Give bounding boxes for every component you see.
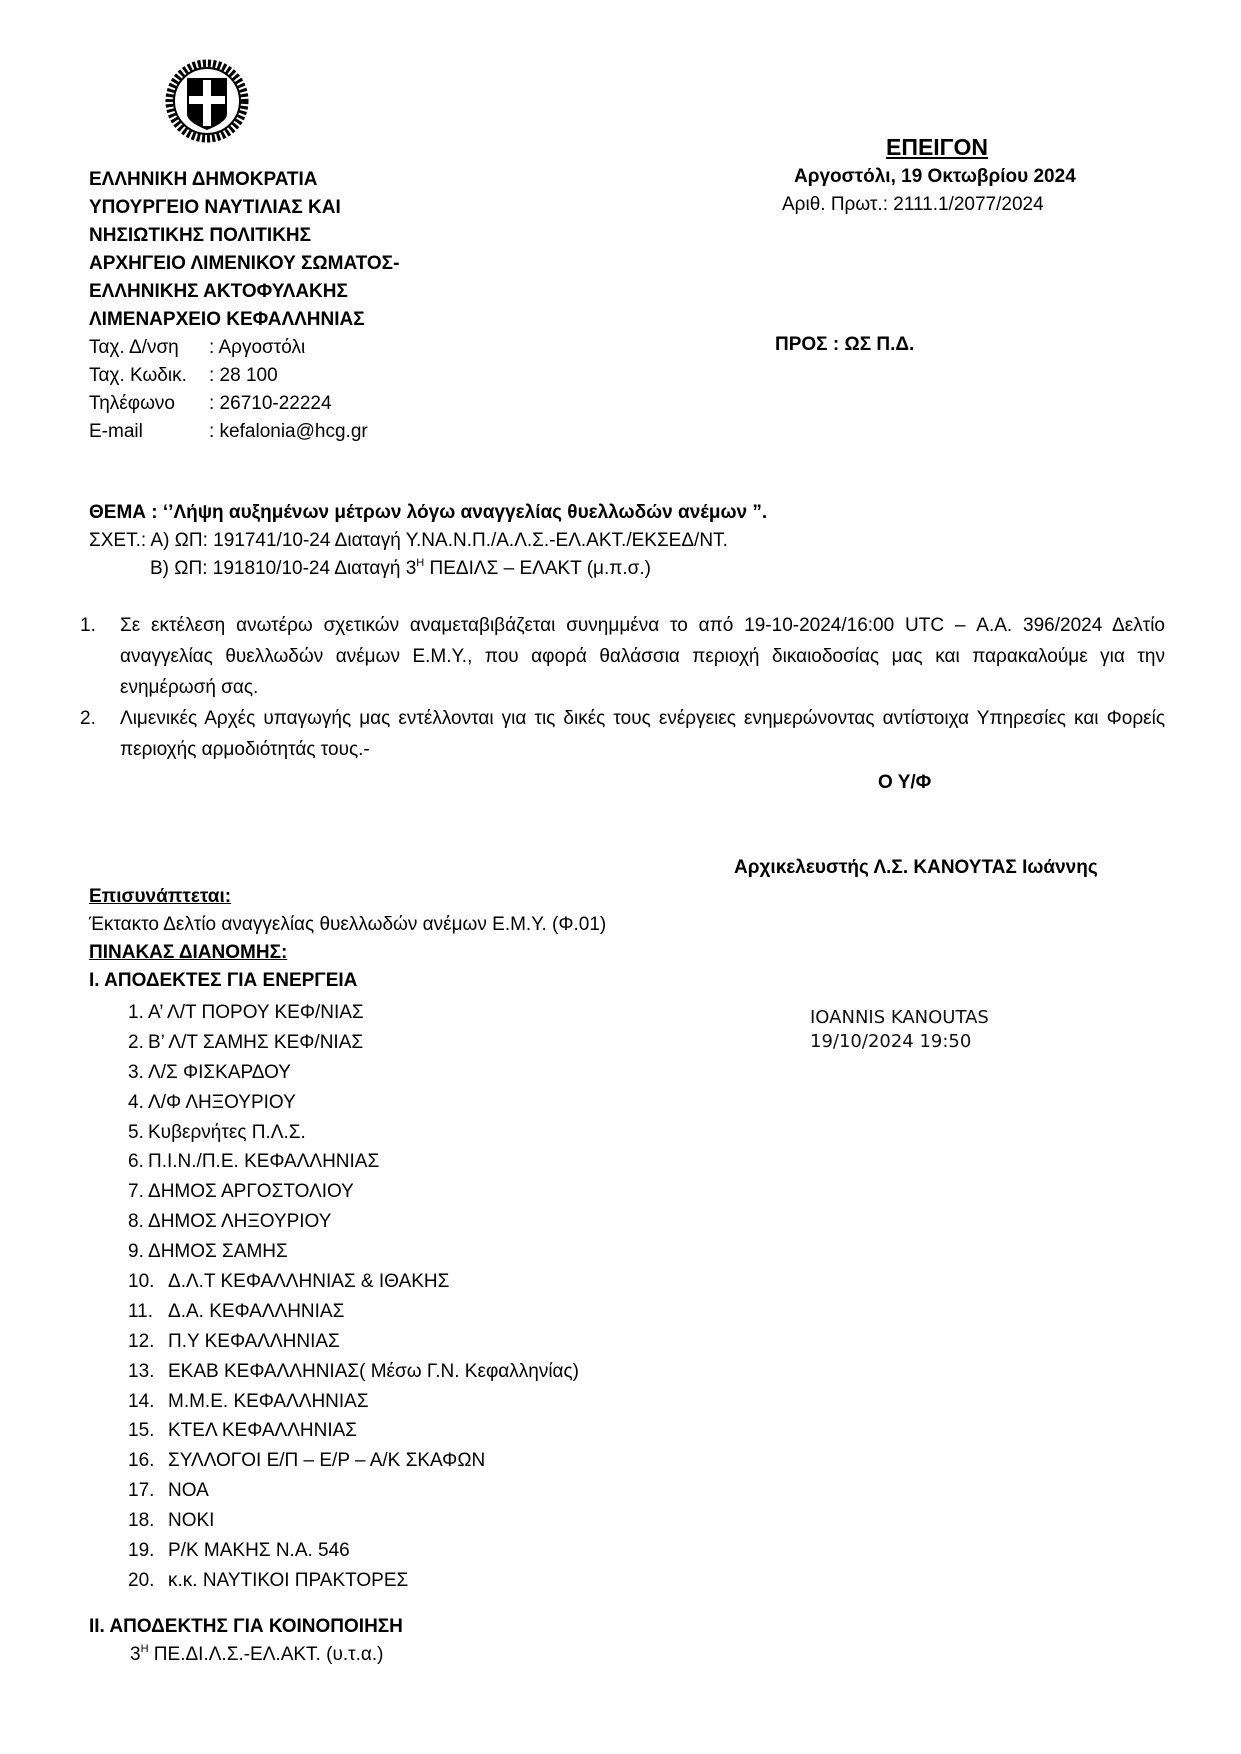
attachments-label: Επισυνάπτεται:: [89, 886, 231, 908]
cc-recipient: 3Η ΠΕ.ΔΙ.Λ.Σ.-ΕΛ.ΑΚΤ. (υ.τ.α.): [130, 1644, 384, 1666]
recipient-number: 5.: [128, 1118, 148, 1148]
recipient-number: 14.: [128, 1387, 168, 1417]
recipient-name: Δ.Λ.Τ ΚΕΦΑΛΛΗΝΙΑΣ & ΙΘΑΚΗΣ: [168, 1267, 449, 1297]
recipient-item: 10.Δ.Λ.Τ ΚΕΦΑΛΛΗΝΙΑΣ & ΙΘΑΚΗΣ: [128, 1267, 579, 1297]
paragraph-number: 1.: [80, 610, 120, 703]
recipient-item: 14.Μ.Μ.Ε. ΚΕΦΑΛΛΗΝΙΑΣ: [128, 1387, 579, 1417]
issuer-line: ΥΠΟΥΡΓΕΙΟ ΝΑΥΤΙΛΙΑΣ ΚΑΙ: [89, 194, 399, 222]
recipient-item: 6.Π.Ι.Ν./Π.Ε. ΚΕΦΑΛΛΗΝΙΑΣ: [128, 1147, 579, 1177]
recipient-name: Λ/Φ ΛΗΞΟΥΡΙΟΥ: [148, 1088, 296, 1118]
protocol-number: Αριθ. Πρωτ.: 2111.1/2077/2024: [782, 194, 1044, 216]
recipient-number: 8.: [128, 1207, 148, 1237]
contact-block: Ταχ. Δ/νση : Αργοστόλι Ταχ. Κωδικ. : 28 …: [89, 334, 368, 446]
issuer-block: ΕΛΛΗΝΙΚΗ ΔΗΜΟΚΡΑΤΙΑ ΥΠΟΥΡΓΕΙΟ ΝΑΥΤΙΛΙΑΣ …: [89, 166, 399, 334]
contact-value: : 26710-22224: [209, 390, 332, 418]
issuer-line: ΕΛΛΗΝΙΚΗ ΔΗΜΟΚΡΑΤΙΑ: [89, 166, 399, 194]
recipient-number: 18.: [128, 1506, 168, 1536]
reference-b: Β) ΩΠ: 191810/10-24 Διαταγή 3Η ΠΕΔΙΛΣ – …: [150, 558, 651, 580]
digital-signature-datetime: 19/10/2024 19:50: [810, 1030, 989, 1054]
reference-b-pre: Β) ΩΠ: 191810/10-24 Διαταγή 3: [150, 558, 416, 579]
recipient-item: 4.Λ/Φ ΛΗΞΟΥΡΙΟΥ: [128, 1088, 579, 1118]
issuer-line: ΝΗΣΙΩΤΙΚΗΣ ΠΟΛΙΤΙΚΗΣ: [89, 222, 399, 250]
body-paragraph: 1. Σε εκτέλεση ανωτέρω σχετικών αναμεταβ…: [80, 610, 1165, 703]
recipient-item: 13.ΕΚΑΒ ΚΕΦΑΛΛΗΝΙΑΣ( Μέσω Γ.Ν. Κεφαλληνί…: [128, 1357, 579, 1387]
digital-signature: IOANNIS KANOUTAS 19/10/2024 19:50: [810, 1006, 989, 1054]
issuer-line: ΕΛΛΗΝΙΚΗΣ ΑΚΤΟΦΥΛΑΚΗΣ: [89, 278, 399, 306]
recipient-to: ΠΡΟΣ : ΩΣ Π.Δ.: [775, 334, 914, 356]
body-paragraphs: 1. Σε εκτέλεση ανωτέρω σχετικών αναμεταβ…: [80, 610, 1165, 765]
recipient-number: 6.: [128, 1147, 148, 1177]
recipient-item: 17.ΝΟΑ: [128, 1476, 579, 1506]
distribution-label: ΠΙΝΑΚΑΣ ΔΙΑΝΟΜΗΣ:: [89, 942, 287, 964]
cc-recipient-pre: 3: [130, 1644, 141, 1665]
recipient-name: ΕΚΑΒ ΚΕΦΑΛΛΗΝΙΑΣ( Μέσω Γ.Ν. Κεφαλληνίας): [168, 1357, 579, 1387]
recipient-item: 9.ΔΗΜΟΣ ΣΑΜΗΣ: [128, 1237, 579, 1267]
contact-label: Ταχ. Κωδικ.: [89, 362, 209, 390]
recipient-name: Δ.Α. ΚΕΦΑΛΛΗΝΙΑΣ: [168, 1297, 344, 1327]
cc-recipient-sup: Η: [141, 1643, 149, 1655]
issuer-line: ΑΡΧΗΓΕΙΟ ΛΙΜΕΝΙΚΟΥ ΣΩΜΑΤΟΣ-: [89, 250, 399, 278]
recipient-item: 5.Κυβερνήτες Π.Λ.Σ.: [128, 1118, 579, 1148]
recipient-name: ΝΟΑ: [168, 1476, 209, 1506]
recipient-item: 1.Α’ Λ/Τ ΠΟΡΟΥ ΚΕΦ/ΝΙΑΣ: [128, 998, 579, 1028]
recipient-name: ΣΥΛΛΟΓΟΙ Ε/Π – Ε/Ρ – Α/Κ ΣΚΑΦΩΝ: [168, 1446, 485, 1476]
cc-recipients-label: ΙΙ. ΑΠΟΔΕΚΤΗΣ ΓΙΑ ΚΟΙΝΟΠΟΙΗΣΗ: [89, 1616, 403, 1638]
recipient-item: 3.Λ/Σ ΦΙΣΚΑΡΔΟΥ: [128, 1058, 579, 1088]
recipient-name: Λ/Σ ΦΙΣΚΑΡΔΟΥ: [148, 1058, 291, 1088]
recipient-name: κ.κ. ΝΑΥΤΙΚΟΙ ΠΡΑΚΤΟΡΕΣ: [168, 1566, 408, 1596]
recipient-name: Π.Υ ΚΕΦΑΛΛΗΝΙΑΣ: [168, 1327, 340, 1357]
recipient-name: Β’ Λ/Τ ΣΑΜΗΣ ΚΕΦ/ΝΙΑΣ: [148, 1028, 363, 1058]
recipient-name: ΝΟΚΙ: [168, 1506, 214, 1536]
recipient-name: ΔΗΜΟΣ ΣΑΜΗΣ: [148, 1237, 288, 1267]
recipient-number: 10.: [128, 1267, 168, 1297]
contact-value: : 28 100: [209, 362, 278, 390]
recipient-number: 4.: [128, 1088, 148, 1118]
recipient-item: 11.Δ.Α. ΚΕΦΑΛΛΗΝΙΑΣ: [128, 1297, 579, 1327]
recipient-number: 20.: [128, 1566, 168, 1596]
recipient-number: 11.: [128, 1297, 168, 1327]
recipient-number: 12.: [128, 1327, 168, 1357]
recipient-item: 19.Ρ/Κ ΜΑΚΗΣ Ν.Α. 546: [128, 1536, 579, 1566]
recipient-item: 16.ΣΥΛΛΟΓΟΙ Ε/Π – Ε/Ρ – Α/Κ ΣΚΑΦΩΝ: [128, 1446, 579, 1476]
body-paragraph: 2. Λιμενικές Αρχές υπαγωγής μας εντέλλον…: [80, 703, 1165, 765]
recipient-name: Α’ Λ/Τ ΠΟΡΟΥ ΚΕΦ/ΝΙΑΣ: [148, 998, 364, 1028]
contact-value: : Αργοστόλι: [209, 334, 305, 362]
recipient-item: 2.Β’ Λ/Τ ΣΑΜΗΣ ΚΕΦ/ΝΙΑΣ: [128, 1028, 579, 1058]
recipient-number: 1.: [128, 998, 148, 1028]
issuer-line: ΛΙΜΕΝΑΡΧΕΙΟ ΚΕΦΑΛΛΗΝΙΑΣ: [89, 306, 399, 334]
contact-postcode: Ταχ. Κωδικ. : 28 100: [89, 362, 368, 390]
subject-line: ΘΕΜΑ : ‘’Λήψη αυξημένων μέτρων λόγω αναγ…: [89, 502, 767, 524]
cc-recipient-post: ΠΕ.ΔΙ.Λ.Σ.-ΕΛ.ΑΚΤ. (υ.τ.α.): [149, 1644, 384, 1665]
contact-label: E-mail: [89, 418, 209, 446]
recipient-name: Κυβερνήτες Π.Λ.Σ.: [148, 1118, 306, 1148]
recipient-number: 7.: [128, 1177, 148, 1207]
contact-address: Ταχ. Δ/νση : Αργοστόλι: [89, 334, 368, 362]
reference-a: ΣΧΕΤ.: Α) ΩΠ: 191741/10-24 Διαταγή Υ.ΝΑ.…: [89, 530, 728, 552]
contact-label: Τηλέφωνο: [89, 390, 209, 418]
recipient-number: 15.: [128, 1416, 168, 1446]
recipient-item: 18.ΝΟΚΙ: [128, 1506, 579, 1536]
contact-email: E-mail : kefalonia@hcg.gr: [89, 418, 368, 446]
paragraph-number: 2.: [80, 703, 120, 765]
recipient-number: 2.: [128, 1028, 148, 1058]
recipient-item: 20.κ.κ. ΝΑΥΤΙΚΟΙ ΠΡΑΚΤΟΡΕΣ: [128, 1566, 579, 1596]
contact-label: Ταχ. Δ/νση: [89, 334, 209, 362]
recipient-number: 17.: [128, 1476, 168, 1506]
recipient-name: Μ.Μ.Ε. ΚΕΦΑΛΛΗΝΙΑΣ: [168, 1387, 369, 1417]
greek-coat-of-arms-icon: [165, 56, 249, 146]
recipient-item: 15.ΚΤΕΛ ΚΕΦΑΛΛΗΝΙΑΣ: [128, 1416, 579, 1446]
urgent-label: ΕΠΕΙΓΟΝ: [886, 134, 988, 161]
recipient-number: 19.: [128, 1536, 168, 1566]
attachment-item: Έκτακτο Δελτίο αναγγελίας θυελλωδών ανέμ…: [89, 914, 606, 936]
signature-title: Ο Υ/Φ: [878, 772, 931, 794]
contact-value: : kefalonia@hcg.gr: [209, 418, 368, 446]
signer-name: Αρχικελευστής Λ.Σ. ΚΑΝΟΥΤΑΣ Ιωάννης: [734, 857, 1098, 879]
recipient-name: ΔΗΜΟΣ ΛΗΞΟΥΡΙΟΥ: [148, 1207, 331, 1237]
recipient-item: 12.Π.Υ ΚΕΦΑΛΛΗΝΙΑΣ: [128, 1327, 579, 1357]
contact-phone: Τηλέφωνο : 26710-22224: [89, 390, 368, 418]
paragraph-text: Λιμενικές Αρχές υπαγωγής μας εντέλλονται…: [120, 703, 1165, 765]
recipient-number: 13.: [128, 1357, 168, 1387]
reference-b-post: ΠΕΔΙΛΣ – ΕΛΑΚΤ (μ.π.σ.): [424, 558, 651, 579]
action-recipients-label: Ι. ΑΠΟΔΕΚΤΕΣ ΓΙΑ ΕΝΕΡΓΕΙΑ: [89, 970, 357, 992]
digital-signature-name: IOANNIS KANOUTAS: [810, 1006, 989, 1030]
recipient-item: 8.ΔΗΜΟΣ ΛΗΞΟΥΡΙΟΥ: [128, 1207, 579, 1237]
recipient-number: 3.: [128, 1058, 148, 1088]
recipient-name: ΚΤΕΛ ΚΕΦΑΛΛΗΝΙΑΣ: [168, 1416, 357, 1446]
paragraph-text: Σε εκτέλεση ανωτέρω σχετικών αναμεταβιβά…: [120, 610, 1165, 703]
recipient-number: 16.: [128, 1446, 168, 1476]
recipient-name: ΔΗΜΟΣ ΑΡΓΟΣΤΟΛΙΟΥ: [148, 1177, 354, 1207]
recipient-name: Π.Ι.Ν./Π.Ε. ΚΕΦΑΛΛΗΝΙΑΣ: [148, 1147, 379, 1177]
recipients-list: 1.Α’ Λ/Τ ΠΟΡΟΥ ΚΕΦ/ΝΙΑΣ2.Β’ Λ/Τ ΣΑΜΗΣ ΚΕ…: [128, 998, 579, 1596]
recipient-item: 7.ΔΗΜΟΣ ΑΡΓΟΣΤΟΛΙΟΥ: [128, 1177, 579, 1207]
recipient-number: 9.: [128, 1237, 148, 1267]
document-date: Αργοστόλι, 19 Οκτωβρίου 2024: [794, 166, 1076, 188]
recipient-name: Ρ/Κ ΜΑΚΗΣ Ν.Α. 546: [168, 1536, 350, 1566]
